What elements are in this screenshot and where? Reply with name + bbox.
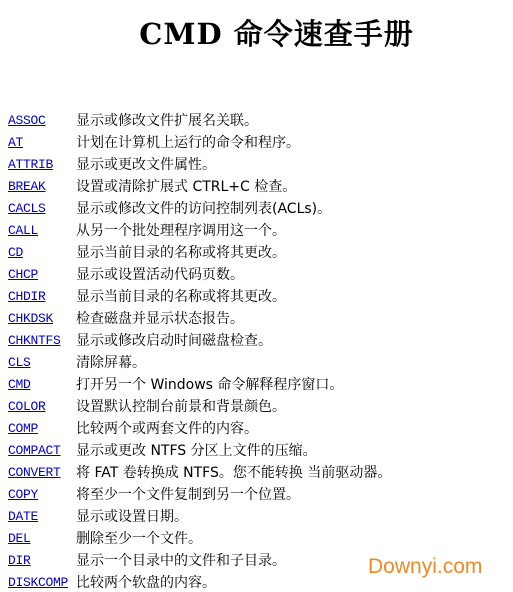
list-item: COLOR设置默认控制台前景和背景颜色。	[8, 396, 391, 418]
list-item: CHKDSK检查磁盘并显示状态报告。	[8, 308, 391, 330]
command-link-cmd[interactable]: CMD	[8, 374, 76, 396]
command-description: 显示或更改 NTFS 分区上文件的压缩。	[76, 440, 317, 462]
command-list: ASSOC显示或修改文件扩展名关联。 AT计划在计算机上运行的命令和程序。 AT…	[8, 110, 391, 592]
command-description: 显示当前目录的名称或将其更改。	[76, 286, 286, 308]
command-link-break[interactable]: BREAK	[8, 176, 76, 198]
command-link-cd[interactable]: CD	[8, 242, 76, 264]
list-item: CLS清除屏幕。	[8, 352, 391, 374]
list-item: AT计划在计算机上运行的命令和程序。	[8, 132, 391, 154]
list-item: DEL删除至少一个文件。	[8, 528, 391, 550]
command-link-cacls[interactable]: CACLS	[8, 198, 76, 220]
list-item: COMPACT显示或更改 NTFS 分区上文件的压缩。	[8, 440, 391, 462]
command-link-chcp[interactable]: CHCP	[8, 264, 76, 286]
page-title: CMD 命令速查手册	[0, 12, 513, 53]
list-item: DIR显示一个目录中的文件和子目录。	[8, 550, 391, 572]
list-item: COPY将至少一个文件复制到另一个位置。	[8, 484, 391, 506]
command-description: 设置或清除扩展式 CTRL+C 检查。	[76, 176, 296, 198]
command-link-date[interactable]: DATE	[8, 506, 76, 528]
command-description: 设置默认控制台前景和背景颜色。	[76, 396, 286, 418]
command-link-at[interactable]: AT	[8, 132, 76, 154]
command-link-comp[interactable]: COMP	[8, 418, 76, 440]
list-item: ASSOC显示或修改文件扩展名关联。	[8, 110, 391, 132]
command-link-attrib[interactable]: ATTRIB	[8, 154, 76, 176]
list-item: ATTRIB显示或更改文件属性。	[8, 154, 391, 176]
list-item: CONVERT将 FAT 卷转换成 NTFS。您不能转换 当前驱动器。	[8, 462, 391, 484]
command-link-cls[interactable]: CLS	[8, 352, 76, 374]
command-description: 显示或修改启动时间磁盘检查。	[76, 330, 272, 352]
command-description: 显示一个目录中的文件和子目录。	[76, 550, 286, 572]
command-link-compact[interactable]: COMPACT	[8, 440, 76, 462]
list-item: CHCP显示或设置活动代码页数。	[8, 264, 391, 286]
list-item: CALL从另一个批处理程序调用这一个。	[8, 220, 391, 242]
command-description: 比较两个软盘的内容。	[76, 572, 216, 592]
command-link-chkntfs[interactable]: CHKNTFS	[8, 330, 76, 352]
list-item: CHKNTFS显示或修改启动时间磁盘检查。	[8, 330, 391, 352]
command-description: 删除至少一个文件。	[76, 528, 202, 550]
list-item: COMP比较两个或两套文件的内容。	[8, 418, 391, 440]
command-link-call[interactable]: CALL	[8, 220, 76, 242]
command-description: 打开另一个 Windows 命令解释程序窗口。	[76, 374, 343, 396]
command-link-chdir[interactable]: CHDIR	[8, 286, 76, 308]
list-item: DATE显示或设置日期。	[8, 506, 391, 528]
command-description: 清除屏幕。	[76, 352, 146, 374]
list-item: CD显示当前目录的名称或将其更改。	[8, 242, 391, 264]
command-link-chkdsk[interactable]: CHKDSK	[8, 308, 76, 330]
command-link-diskcomp[interactable]: DISKCOMP	[8, 572, 76, 592]
command-link-del[interactable]: DEL	[8, 528, 76, 550]
command-description: 计划在计算机上运行的命令和程序。	[76, 132, 300, 154]
command-description: 显示或设置日期。	[76, 506, 188, 528]
watermark-logo: Downyi.com	[368, 555, 482, 579]
command-link-copy[interactable]: COPY	[8, 484, 76, 506]
command-link-dir[interactable]: DIR	[8, 550, 76, 572]
list-item: CACLS显示或修改文件的访问控制列表(ACLs)。	[8, 198, 391, 220]
command-description: 检查磁盘并显示状态报告。	[76, 308, 244, 330]
command-description: 显示或修改文件扩展名关联。	[76, 110, 258, 132]
command-description: 显示或更改文件属性。	[76, 154, 216, 176]
list-item: CMD打开另一个 Windows 命令解释程序窗口。	[8, 374, 391, 396]
list-item: BREAK设置或清除扩展式 CTRL+C 检查。	[8, 176, 391, 198]
command-description: 将至少一个文件复制到另一个位置。	[76, 484, 300, 506]
command-link-convert[interactable]: CONVERT	[8, 462, 76, 484]
list-item: CHDIR显示当前目录的名称或将其更改。	[8, 286, 391, 308]
command-link-assoc[interactable]: ASSOC	[8, 110, 76, 132]
command-description: 显示或修改文件的访问控制列表(ACLs)。	[76, 198, 331, 220]
command-description: 从另一个批处理程序调用这一个。	[76, 220, 286, 242]
command-description: 显示或设置活动代码页数。	[76, 264, 244, 286]
command-description: 将 FAT 卷转换成 NTFS。您不能转换 当前驱动器。	[76, 462, 391, 484]
command-description: 显示当前目录的名称或将其更改。	[76, 242, 286, 264]
command-description: 比较两个或两套文件的内容。	[76, 418, 258, 440]
list-item: DISKCOMP比较两个软盘的内容。	[8, 572, 391, 592]
command-link-color[interactable]: COLOR	[8, 396, 76, 418]
